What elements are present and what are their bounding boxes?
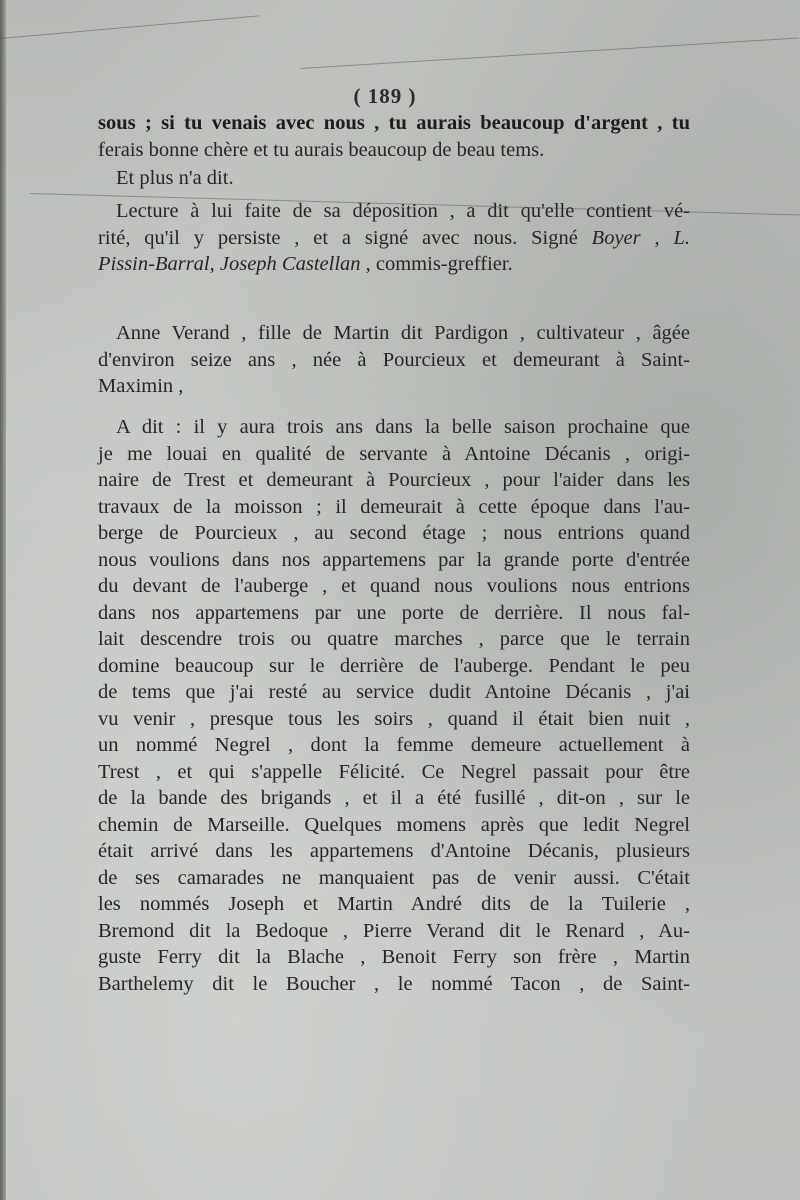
text-line: Anne Verand , fille de Martin dit Pardig… <box>98 320 690 347</box>
text-line: guste Ferry dit la Blache , Benoit Ferry… <box>98 944 690 971</box>
text-line: nous voulions dans nos appartemens par l… <box>98 547 690 574</box>
text-line: A dit : il y aura trois ans dans la bell… <box>98 414 690 441</box>
text-line: Trest , et qui s'appelle Félicité. Ce Ne… <box>98 759 690 786</box>
signature-name: Pissin-Barral <box>98 253 210 275</box>
text-line: travaux de la moisson ; il demeurait à c… <box>98 494 690 521</box>
text-line: de tems que j'ai resté au service dudit … <box>98 679 690 706</box>
text-line: berge de Pourcieux , au second étage ; n… <box>98 520 690 547</box>
text-line: lait descendre trois ou quatre marches ,… <box>98 626 690 653</box>
text-line: rité, qu'il y persiste , et a signé avec… <box>98 225 690 252</box>
text-line: ferais bonne chère et tu aurais beaucoup… <box>98 137 690 164</box>
text-line: chemin de Marseille. Quelques momens apr… <box>98 812 690 839</box>
paragraph-closing: Et plus n'a dit. <box>98 165 690 192</box>
text-line: Lecture à lui faite de sa déposition , a… <box>98 198 690 225</box>
text-line: était arrivé dans les appartemens d'Anto… <box>98 838 690 865</box>
text-line: vu venir , presque tous les soirs , quan… <box>98 706 690 733</box>
paragraph-continuation: sous ; si tu venais avec nous , tu aurai… <box>98 110 690 163</box>
paragraph-witness-intro: Anne Verand , fille de Martin dit Pardig… <box>98 320 690 400</box>
text-line: domine beaucoup sur le derrière de l'aub… <box>98 653 690 680</box>
separator: , <box>641 227 674 249</box>
paper-crease <box>0 15 259 39</box>
text-line: sous ; si tu venais avec nous , tu aurai… <box>98 110 690 137</box>
reading-text: rité, qu'il y persiste , et a signé avec… <box>98 227 592 249</box>
text-line: d'environ seize ans , née à Pourcieux et… <box>98 347 690 374</box>
signature-name: L. <box>673 227 690 249</box>
text-line: les nommés Joseph et Martin André dits d… <box>98 891 690 918</box>
text-line: Barthelemy dit le Boucher , le nommé Tac… <box>98 971 690 998</box>
signature-name: Joseph Castellan <box>220 253 361 275</box>
text-line: Et plus n'a dit. <box>98 165 690 192</box>
text-line: Bremond dit la Bedoque , Pierre Verand d… <box>98 918 690 945</box>
page-number: ( 189 ) <box>0 84 770 109</box>
paper-crease <box>300 37 799 69</box>
text-line: du devant de l'auberge , et quand nous v… <box>98 573 690 600</box>
text-line: de ses camarades ne manquaient pas de ve… <box>98 865 690 892</box>
signature-name: Boyer <box>592 227 641 249</box>
text-line: de la bande des brigands , et il a été f… <box>98 785 690 812</box>
text-line: un nommé Negrel , dont la femme demeure … <box>98 732 690 759</box>
text-line: naire de Trest et demeurant à Pourcieux … <box>98 467 690 494</box>
role-text: , commis-greffier. <box>361 253 513 275</box>
separator: , <box>210 253 220 275</box>
text-line: dans nos appartemens par une porte de de… <box>98 600 690 627</box>
paragraph-testimony: A dit : il y aura trois ans dans la bell… <box>98 414 690 997</box>
text-line: Pissin-Barral, Joseph Castellan , commis… <box>98 251 690 278</box>
text-line: je me louai en qualité de servante à Ant… <box>98 441 690 468</box>
book-page: ( 189 ) sous ; si tu venais avec nous , … <box>0 0 800 1200</box>
paragraph-reading: Lecture à lui faite de sa déposition , a… <box>98 198 690 278</box>
page-binding-edge <box>0 0 6 1200</box>
text-line: Maximin , <box>98 373 690 400</box>
